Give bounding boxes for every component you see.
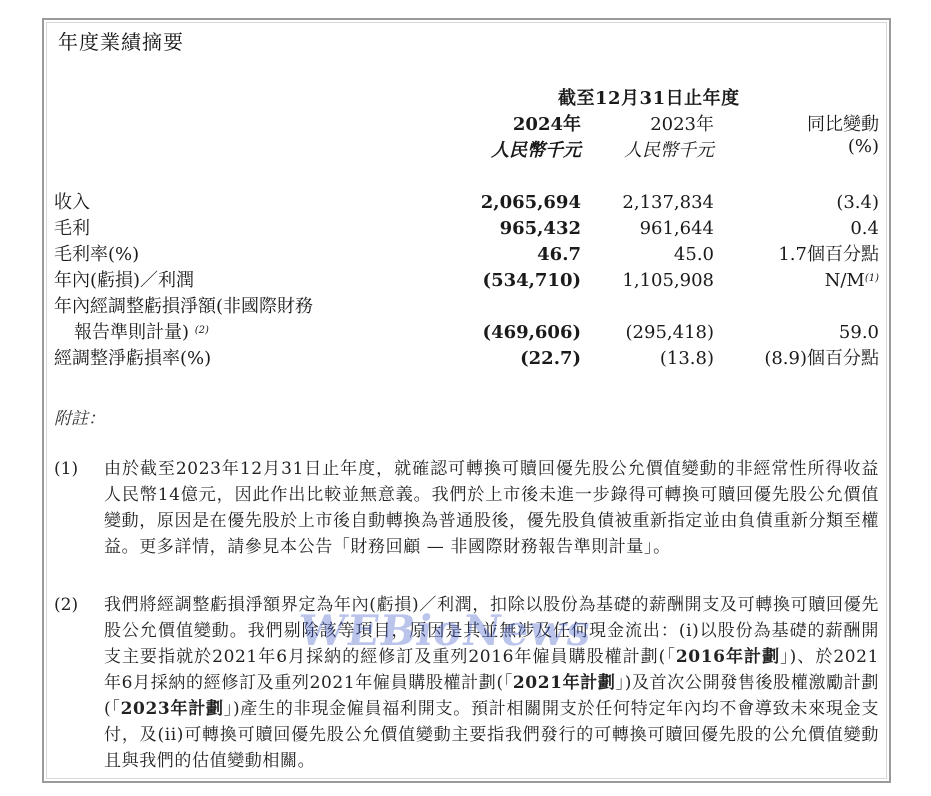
col-unit-2024: 人民幣千元 (491, 136, 581, 162)
row-label: 毛利率(%) (54, 242, 454, 268)
row-label-line2: 報告準則計量) (2) (54, 320, 454, 346)
table-row-adjusted-net-loss-rate: 經調整淨虧損率(%) (22.7) (13.8) (8.9)個百分點 (54, 346, 879, 372)
row-label: 毛利 (54, 216, 454, 242)
value-change: 1.7個百分點 (778, 242, 879, 268)
table-row-gross-profit: 毛利 965,432 961,644 0.4 (54, 216, 879, 242)
footnote-number: (1) (54, 456, 78, 482)
value-2024: (469,606) (483, 320, 581, 346)
plan-name-2023: 2023年計劃 (121, 699, 224, 719)
col-unit-2023: 人民幣千元 (624, 136, 714, 162)
value-2024: 2,065,694 (481, 190, 581, 216)
value-change: 0.4 (850, 216, 879, 242)
footnote-text: 我們將經調整虧損淨額界定為年內(虧損)／利潤，扣除以股份為基礎的薪酬開支及可轉換… (104, 592, 879, 774)
table-row-gross-margin: 毛利率(%) 46.7 45.0 1.7個百分點 (54, 242, 879, 268)
row-label: 經調整淨虧損率(%) (54, 346, 454, 372)
table-row-revenue: 收入 2,065,694 2,137,834 (3.4) (54, 190, 879, 216)
value-2023: 2,137,834 (622, 190, 714, 216)
row-label: 年內經調整虧損淨額(非國際財務 報告準則計量) (2) (54, 294, 454, 346)
value-change: (3.4) (836, 190, 879, 216)
col-header-2024-year: 2024年 (513, 110, 581, 136)
value-2024: (534,710) (483, 268, 581, 294)
period-header: 截至12月31日止年度 (558, 84, 740, 110)
value-2024: 965,432 (500, 216, 581, 242)
value-2023: 961,644 (640, 216, 714, 242)
value-change: N/M(1) (825, 268, 879, 294)
value-2024: 46.7 (537, 242, 581, 268)
footnote-text: 由於截至2023年12月31日止年度，就確認可轉換可贖回優先股公允價值變動的非經… (104, 456, 879, 560)
col-header-change: 同比變動 (807, 110, 879, 136)
row-label-line1: 年內經調整虧損淨額(非國際財務 (54, 296, 313, 317)
change-text: N/M (825, 270, 865, 291)
summary-panel: 年度業績摘要 截至12月31日止年度 2024年 2023年 同比變動 人民幣千… (42, 18, 891, 783)
section-title: 年度業績摘要 (58, 26, 184, 55)
value-2023: 1,105,908 (622, 268, 714, 294)
row-label: 收入 (54, 190, 454, 216)
value-change: 59.0 (839, 320, 879, 346)
plan-name-2021: 2021年計劃 (513, 673, 616, 693)
plan-name-2016: 2016年計劃 (676, 647, 780, 667)
notes-heading: 附註： (54, 404, 105, 429)
footnote-number: (2) (54, 592, 78, 618)
value-change: (8.9)個百分點 (764, 346, 879, 372)
col-unit-change: (%) (848, 136, 879, 157)
financial-table: 收入 2,065,694 2,137,834 (3.4) 毛利 965,432 … (54, 190, 879, 372)
footnote-ref: (2) (195, 325, 209, 336)
value-2023: (13.8) (660, 346, 714, 372)
row-label: 年內(虧損)／利潤 (54, 268, 454, 294)
footnote-ref: (1) (865, 273, 879, 284)
table-row-adjusted-net-loss: 年內經調整虧損淨額(非國際財務 報告準則計量) (2) (469,606) (2… (54, 294, 879, 346)
col-header-2023-year: 2023年 (650, 110, 714, 136)
value-2023: 45.0 (674, 242, 714, 268)
footnote-2: (2) 我們將經調整虧損淨額界定為年內(虧損)／利潤，扣除以股份為基礎的薪酬開支… (54, 592, 879, 774)
value-2024: (22.7) (520, 346, 581, 372)
footnote-1: (1) 由於截至2023年12月31日止年度，就確認可轉換可贖回優先股公允價值變… (54, 456, 879, 560)
value-2023: (295,418) (626, 320, 714, 346)
table-row-net-profit-loss: 年內(虧損)／利潤 (534,710) 1,105,908 N/M(1) (54, 268, 879, 294)
row-label-line2-text: 報告準則計量) (74, 322, 189, 343)
